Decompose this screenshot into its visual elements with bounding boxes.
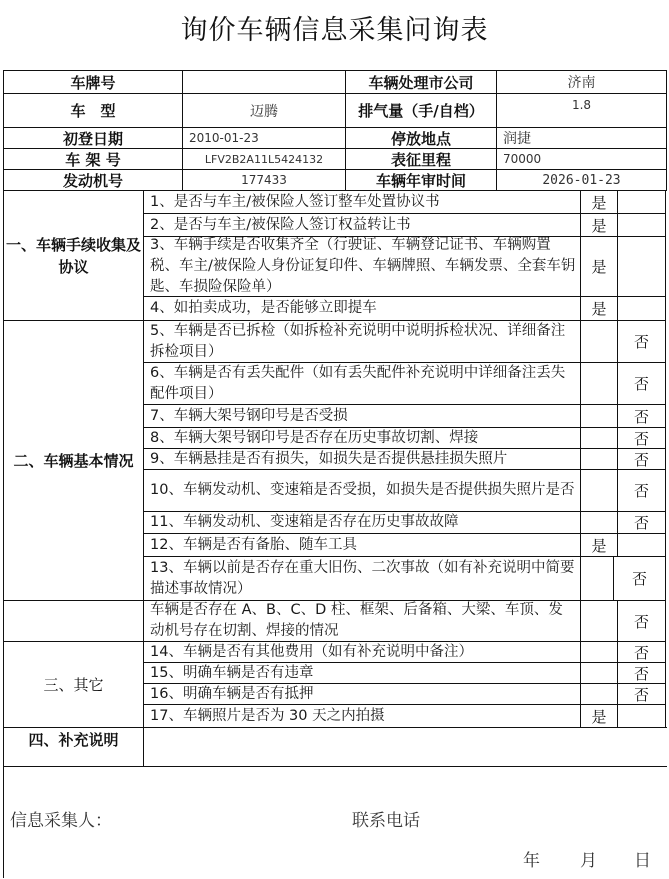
mileage-label: 表征里程 (345, 148, 497, 170)
section-label (3, 600, 144, 642)
question-text: 14、车辆是否有其他费用（如有补充说明中备注） (143, 641, 581, 663)
answer-yes[interactable] (580, 641, 618, 663)
question-text: 5、车辆是否已拆检（如拆检补充说明中说明拆检状况、详细备注拆检项目） (143, 320, 581, 363)
answer-yes[interactable] (580, 600, 618, 642)
model-value[interactable]: 迈腾 (182, 93, 346, 128)
phone-label: 联系电话 (352, 806, 420, 831)
day-label: 日 (634, 846, 651, 871)
answer-yes[interactable] (580, 320, 618, 363)
answer-yes[interactable]: 是 (580, 533, 618, 557)
vin-label: 车 架 号 (3, 148, 183, 170)
answer-yes[interactable]: 是 (580, 296, 618, 321)
question-text: 16、明确车辆是否有抵押 (143, 683, 581, 705)
question-text: 7、车辆大架号钢印号是否受损 (143, 404, 581, 428)
parking-value[interactable]: 润捷 (496, 127, 667, 149)
answer-no[interactable] (617, 213, 666, 237)
answer-no[interactable] (617, 704, 666, 728)
question-text: 3、车辆手续是否收集齐全（行驶证、车辆登记证书、车辆购置税、车主/被保险人身份证… (143, 236, 581, 297)
answer-yes[interactable]: 是 (580, 236, 618, 297)
question-text: 12、车辆是否有备胎、随车工具 (143, 533, 581, 557)
answer-no[interactable]: 否 (617, 362, 666, 405)
engine-label: 发动机号 (3, 169, 183, 191)
answer-yes[interactable] (580, 427, 618, 449)
reg-date-label: 初登日期 (3, 127, 183, 149)
section-label: 三、其它 (3, 641, 144, 728)
answer-no[interactable]: 否 (617, 404, 666, 428)
answer-yes[interactable] (580, 469, 618, 512)
answer-yes[interactable] (580, 404, 618, 428)
answer-no[interactable]: 否 (617, 641, 666, 663)
section-label: 一、车辆手续收集及协议 (3, 190, 144, 321)
answer-yes[interactable] (580, 662, 618, 684)
inspection-value[interactable]: 2026-01-23 (496, 169, 667, 191)
question-text: 17、车辆照片是否为 30 天之内拍摄 (143, 704, 581, 728)
answer-yes[interactable] (580, 683, 618, 705)
answer-no[interactable] (617, 236, 666, 297)
question-text: 6、车辆是否有丢失配件（如有丢失配件补充说明中详细备注丢失配件项目） (143, 362, 581, 405)
engine-value[interactable]: 177433 (182, 169, 346, 191)
company-value[interactable]: 济南 (496, 70, 667, 94)
answer-no[interactable]: 否 (617, 600, 666, 642)
question-text: 1、是否与车主/被保险人签订整车处置协议书 (143, 190, 581, 214)
displacement-label: 排气量（手/自档） (345, 93, 497, 128)
answer-no[interactable]: 否 (617, 427, 666, 449)
section-label: 二、车辆基本情况 (3, 320, 144, 601)
answer-no[interactable] (617, 533, 666, 557)
mileage-value[interactable]: 70000 (496, 148, 667, 170)
parking-label: 停放地点 (345, 127, 497, 149)
answer-no[interactable]: 否 (617, 662, 666, 684)
answer-yes[interactable] (580, 556, 614, 601)
inspection-label: 车辆年审时间 (345, 169, 497, 191)
answer-yes[interactable]: 是 (580, 704, 618, 728)
month-label: 月 (580, 846, 597, 871)
answer-yes[interactable] (580, 362, 618, 405)
plate-label: 车牌号 (3, 70, 183, 94)
answer-no[interactable]: 否 (617, 320, 666, 363)
answer-no[interactable]: 否 (617, 511, 666, 534)
answer-no[interactable]: 否 (617, 683, 666, 705)
answer-yes[interactable] (580, 511, 618, 534)
answer-no[interactable]: 否 (617, 448, 666, 470)
answer-yes[interactable] (580, 448, 618, 470)
question-text: 车辆是否存在 A、B、C、D 柱、框架、后备箱、大梁、车顶、发动机号存在切割、焊… (143, 600, 581, 642)
form-title: 询价车辆信息采集问询表 (0, 8, 669, 47)
question-text: 10、车辆发动机、变速箱是否受损，如损失是否提供损失照片是否 (143, 469, 581, 512)
plate-value[interactable] (182, 70, 346, 94)
answer-no[interactable] (617, 190, 666, 214)
question-text: 9、车辆悬挂是否有损失，如损失是否提供悬挂损失照片 (143, 448, 581, 470)
question-text: 2、是否与车主/被保险人签订权益转让书 (143, 213, 581, 237)
answer-yes[interactable]: 是 (580, 190, 618, 214)
answer-no[interactable]: 否 (617, 469, 666, 512)
question-text: 13、车辆以前是否存在重大旧伤、二次事故（如有补充说明中简要描述事故情况） (143, 556, 581, 601)
supplement-label: 四、补充说明 (3, 727, 144, 767)
model-label: 车 型 (3, 93, 183, 128)
collector-label: 信息采集人： (10, 806, 112, 831)
answer-yes[interactable]: 是 (580, 213, 618, 237)
reg-date-value[interactable]: 2010-01-23 (182, 127, 346, 149)
question-text: 15、明确车辆是否有违章 (143, 662, 581, 684)
supplement-field[interactable] (143, 727, 667, 767)
question-text: 11、车辆发动机、变速箱是否存在历史事故故障 (143, 511, 581, 534)
company-label: 车辆处理市公司 (345, 70, 497, 94)
displacement-value[interactable]: 1.8 (496, 93, 667, 128)
question-text: 8、车辆大架号钢印号是否存在历史事故切割、焊接 (143, 427, 581, 449)
year-label: 年 (523, 846, 540, 871)
vin-value[interactable]: LFV2B2A11L5424132 (182, 148, 346, 170)
answer-no[interactable] (617, 296, 666, 321)
question-text: 4、如拍卖成功，是否能够立即提车 (143, 296, 581, 321)
answer-no[interactable]: 否 (613, 556, 666, 601)
